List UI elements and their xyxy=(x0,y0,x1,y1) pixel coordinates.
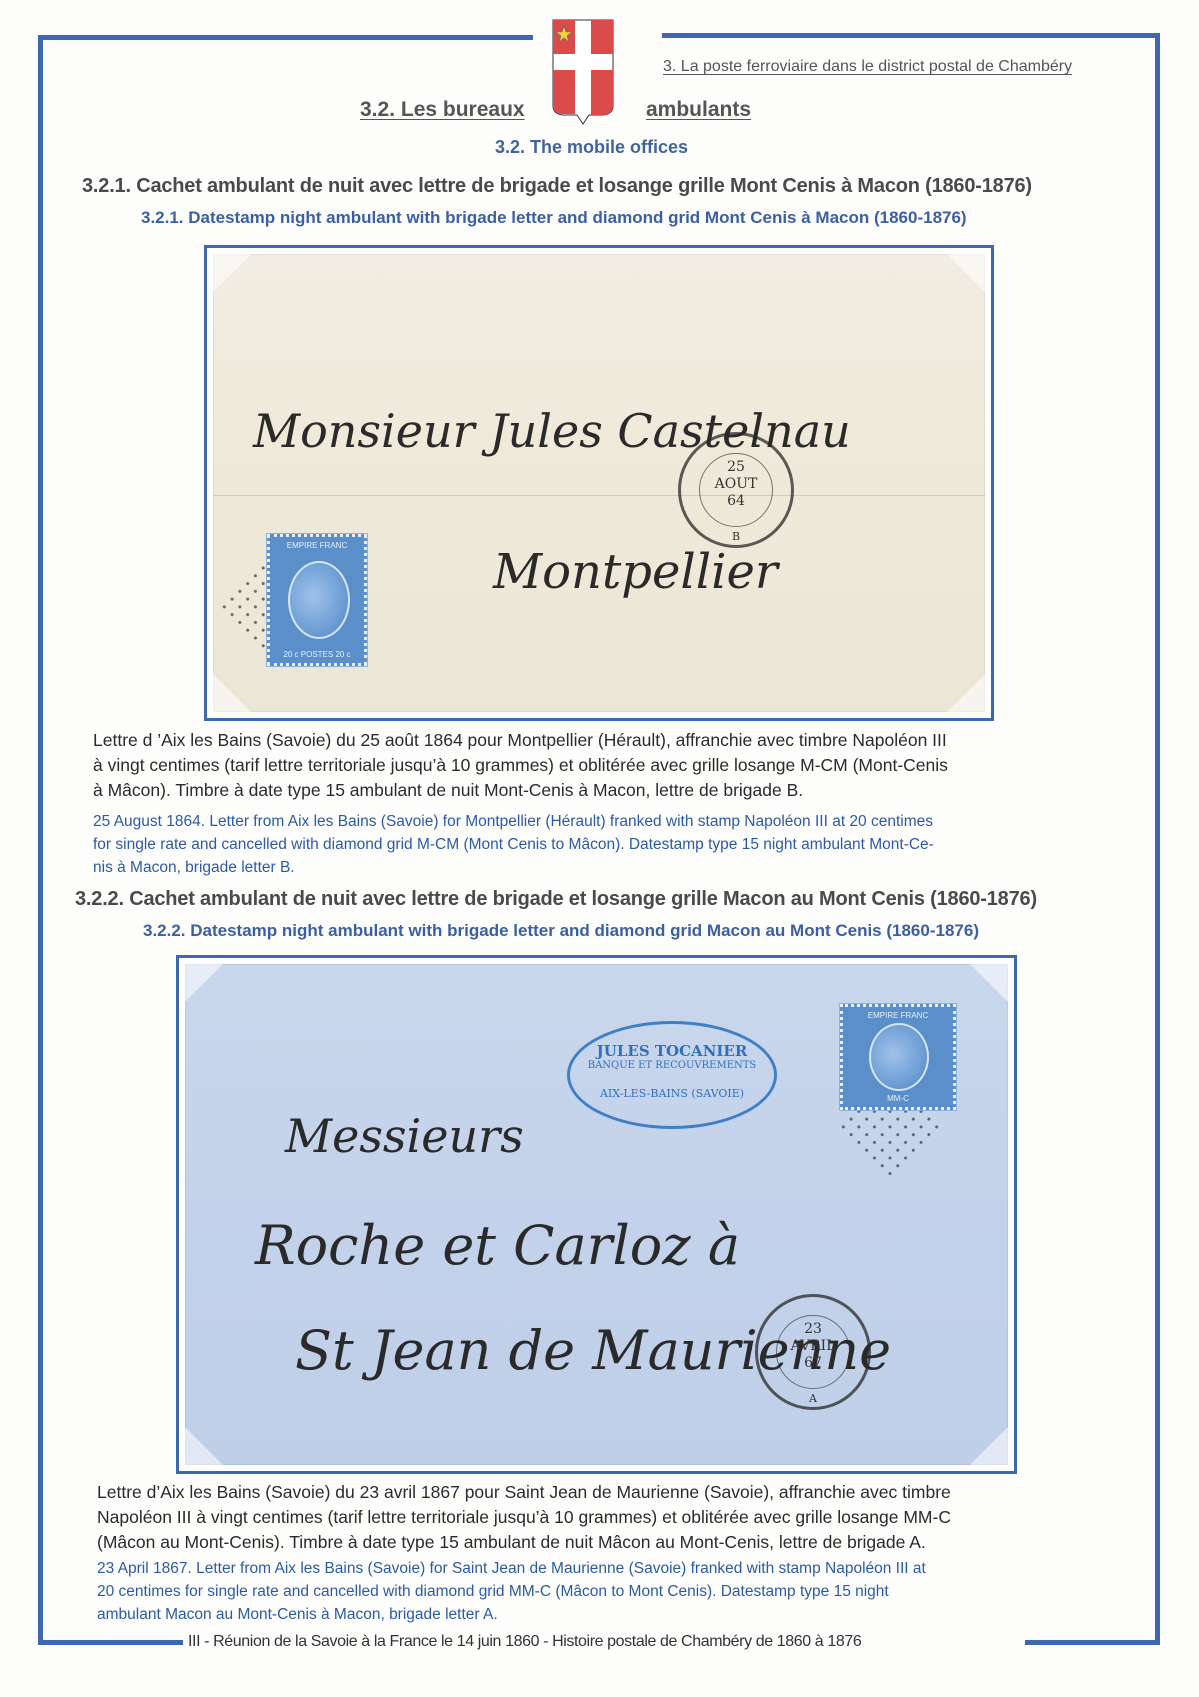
cover-2-image: JULES TOCANIER BANQUE ET RECOUVREMENTS A… xyxy=(185,964,1008,1465)
section-title-fr-right: ambulants xyxy=(646,98,751,122)
cover-2-address-line-2: Roche et Carloz à xyxy=(255,1214,740,1277)
subsection-2-title-en: 3.2.2. Datestamp night ambulant with bri… xyxy=(143,921,979,941)
cover-2-datestamp: 23 AVRIL 67 A xyxy=(755,1294,871,1410)
napoleon-portrait-icon xyxy=(869,1023,929,1091)
cover-2-description-fr: Lettre d’Aix les Bains (Savoie) du 23 av… xyxy=(97,1480,951,1555)
subsection-2-title-fr: 3.2.2. Cachet ambulant de nuit avec lett… xyxy=(75,888,1037,911)
subsection-1-title-en: 3.2.1. Datestamp night ambulant with bri… xyxy=(141,208,967,228)
frame-left xyxy=(38,35,43,1645)
cover-1-napoleon-stamp: EMPIRE FRANC 20 c POSTES 20 c xyxy=(267,534,367,666)
cover-1-image: Monsieur Jules Castelnau Montpellier EMP… xyxy=(213,254,985,712)
napoleon-portrait-icon xyxy=(288,561,350,639)
page-footer: III - Réunion de la Savoie à la France l… xyxy=(188,1633,861,1651)
cover-1-description-fr: Lettre d ’Aix les Bains (Savoie) du 25 a… xyxy=(93,728,948,803)
cover-1-datestamp: 25 AOUT 64 B xyxy=(678,432,794,548)
frame-top-right xyxy=(662,33,1159,38)
cover-2-napoleon-stamp: EMPIRE FRANC MM-C xyxy=(840,1004,956,1110)
cover-2-address-line-1: Messieurs xyxy=(285,1109,524,1163)
section-title-fr-left: 3.2. Les bureaux xyxy=(360,98,525,122)
cover-1-address-line-2: Montpellier xyxy=(493,544,778,600)
cover-2-description-en: 23 April 1867. Letter from Aix les Bains… xyxy=(97,1557,926,1626)
cover-2-frame: JULES TOCANIER BANQUE ET RECOUVREMENTS A… xyxy=(176,955,1017,1474)
frame-right xyxy=(1155,33,1160,1645)
section-title-en: 3.2. The mobile offices xyxy=(495,137,688,158)
cover-2-sender-cachet: JULES TOCANIER BANQUE ET RECOUVREMENTS A… xyxy=(567,1021,777,1129)
frame-bottom-right xyxy=(1025,1640,1160,1645)
subsection-1-title-fr: 3.2.1. Cachet ambulant de nuit avec lett… xyxy=(82,175,1032,198)
cover-1-frame: Monsieur Jules Castelnau Montpellier EMP… xyxy=(204,245,994,721)
frame-top-left xyxy=(38,35,533,40)
chapter-title: 3. La poste ferroviaire dans le district… xyxy=(663,58,1072,76)
frame-bottom-left xyxy=(38,1640,183,1645)
cover-1-description-en: 25 August 1864. Letter from Aix les Bain… xyxy=(93,810,934,879)
savoie-cross-crest-icon xyxy=(551,18,615,130)
